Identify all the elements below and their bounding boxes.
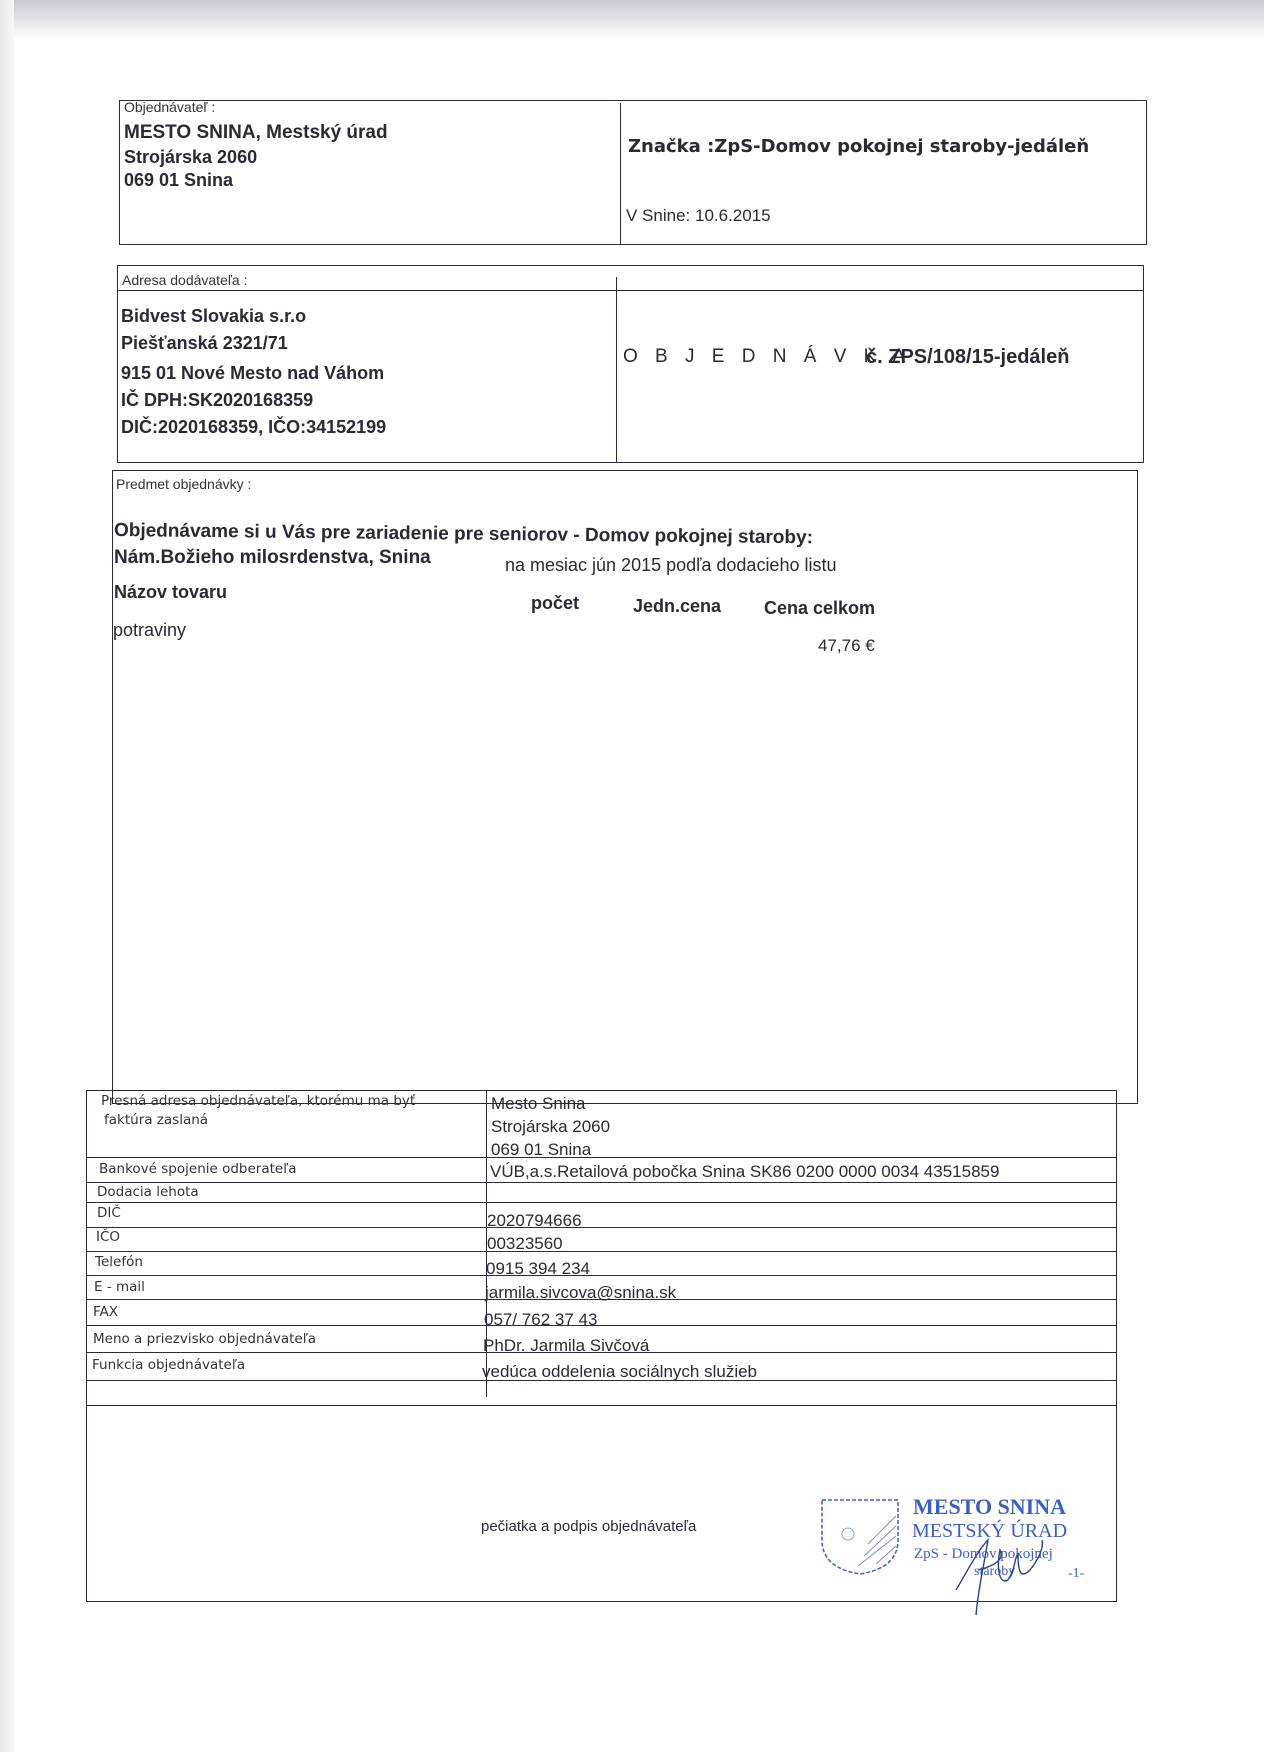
scan-shadow-top [0,0,1264,40]
order-number: č. ZPS/108/15-jedáleň [866,346,1069,369]
supplier-street: Piešťanská 2321/71 [121,331,288,355]
row-label: FAX [93,1304,118,1320]
item-total: 47,76 € [818,636,875,656]
row-value: vedúca oddelenia sociálnych služieb [482,1362,757,1382]
column-header-name: Názov tovaru [114,582,227,603]
subject-period-note: na mesiac jún 2015 podľa dodacieho listu [505,555,836,576]
row-label: IČO [96,1229,120,1245]
row-value: 2020794666 [487,1211,582,1231]
subject-label: Predmet objednávky : [116,476,251,492]
row-divider [86,1157,1117,1158]
row-label: Funkcia objednávateľa [92,1357,245,1373]
coat-of-arms-icon [818,1494,902,1578]
mark-text: Značka :ZpS-Domov pokojnej staroby-jedál… [628,136,1089,157]
row-value: 00323560 [487,1234,563,1254]
scan-shadow-left [0,0,14,1752]
supplier-tax-ids: DIČ:2020168359, IČO:34152199 [121,415,386,439]
column-header-total: Cena celkom [764,598,875,619]
row-divider [86,1325,1117,1326]
divider [616,277,617,463]
item-name: potraviny [113,620,186,641]
row-divider [86,1251,1117,1252]
row-value: 0915 394 234 [486,1259,590,1279]
row-label: DIČ [97,1205,121,1221]
row-divider [86,1275,1117,1276]
row-value: 057/ 762 37 43 [484,1310,597,1330]
row-value: PhDr. Jarmila Sivčová [483,1336,649,1356]
signature-caption: pečiatka a podpis objednávateľa [481,1518,696,1535]
email-link[interactable]: jarmila.sivcova@snina.sk [485,1283,676,1303]
row-divider [86,1182,1117,1183]
divider [620,103,621,245]
order-date: V Snine: 10.6.2015 [626,206,771,226]
row-divider [86,1202,1117,1203]
orderer-name: MESTO SNINA, Mestský úrad [124,121,388,145]
supplier-vat-id: IČ DPH:SK2020168359 [121,388,313,412]
row-label: Presná adresa objednávateľa, ktorému ma … [101,1093,415,1109]
row-label: E - mail [94,1279,145,1295]
row-label: Telefón [95,1254,143,1270]
supplier-label: Adresa dodávateľa : [122,272,248,288]
supplier-name: Bidvest Slovakia s.r.o [121,304,306,328]
row-label: Dodacia lehota [97,1184,199,1200]
subject-line2: Nám.Božieho milosrdenstva, Snina [114,547,431,569]
handwritten-signature-icon [938,1510,1078,1620]
divider [117,290,1144,291]
row-value: Strojárska 2060 [491,1117,610,1137]
orderer-label: Objednávateľ : [124,99,215,115]
row-value: 069 01 Snina [491,1140,591,1160]
row-value: Mesto Snina [491,1094,586,1114]
row-value: VÚB,a.s.Retailová pobočka Snina SK86 020… [490,1162,999,1182]
column-header-qty: počet [531,593,579,614]
supplier-city: 915 01 Nové Mesto nad Váhom [121,361,384,385]
row-label: Bankové spojenie odberateľa [99,1161,297,1177]
column-header-unit-price: Jedn.cena [633,596,721,617]
row-divider [86,1227,1117,1228]
row-label-cont: faktúra zaslaná [104,1112,208,1128]
row-divider [86,1405,1117,1406]
row-label: Meno a priezvisko objednávateľa [93,1331,316,1347]
orderer-street: Strojárska 2060 [124,145,257,169]
official-stamp: MESTO SNINA MESTSKÝ ÚRAD ZpS - Domov pok… [818,1490,1098,1600]
orderer-city: 069 01 Snina [124,168,233,192]
